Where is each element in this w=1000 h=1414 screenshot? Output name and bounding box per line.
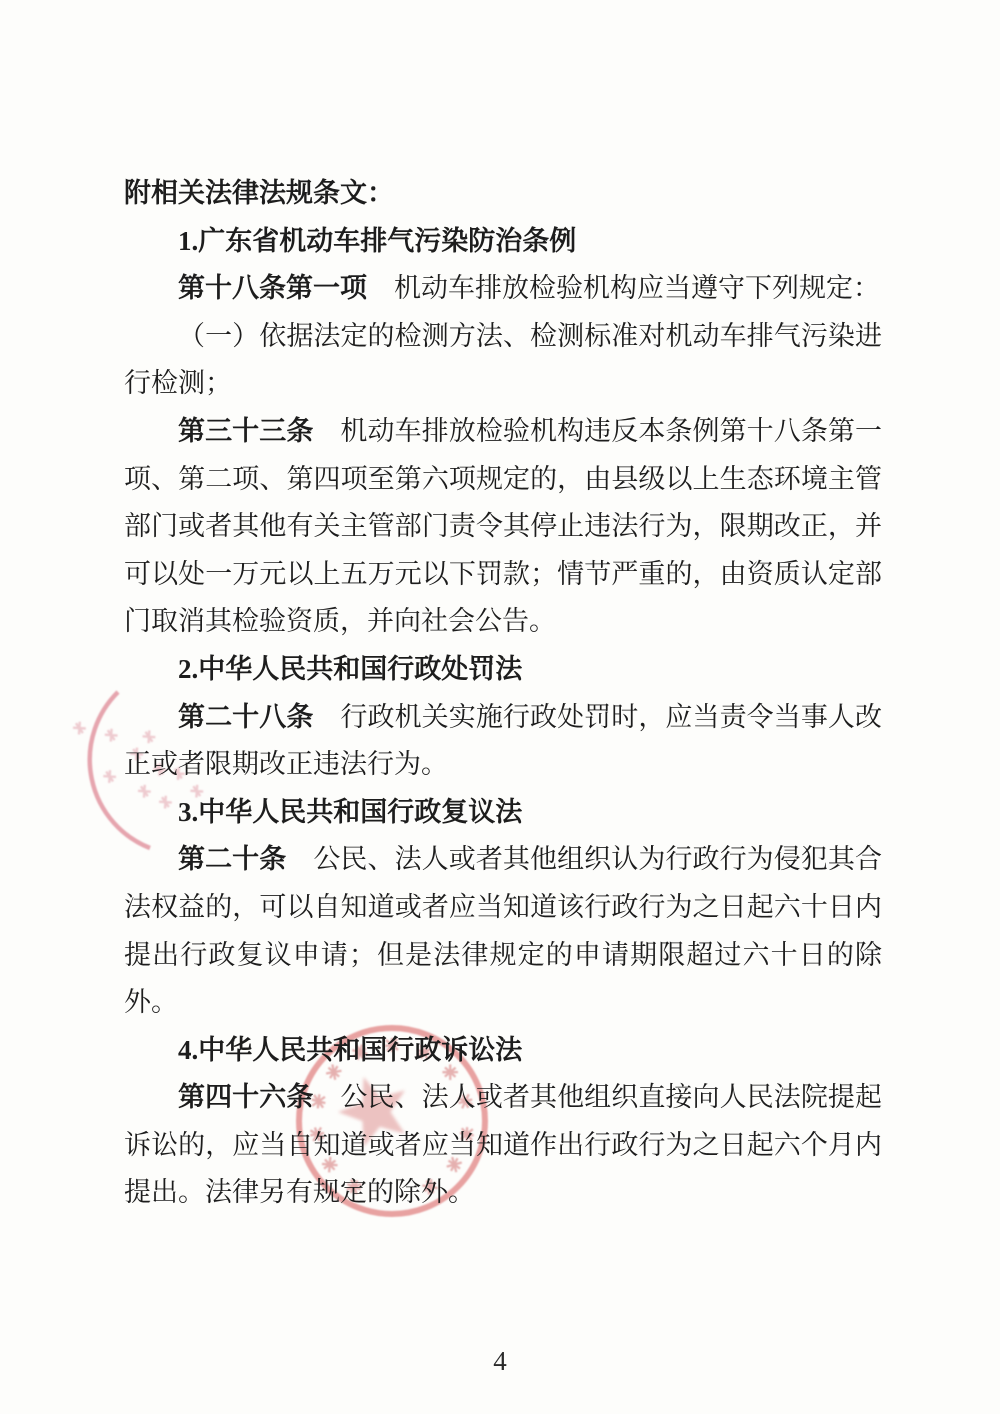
article-number: 第三十三条 [178, 416, 313, 446]
article-number: 第十八条第一项 [178, 273, 367, 303]
section-heading-1: 1.广东省机动车排气污染防治条例 [124, 218, 882, 266]
article-text: 机动车排放检验机构违反本条例第十八条第一项、第二项、第四项至第六项规定的，由县级… [124, 416, 882, 636]
section-heading-4: 4.中华人民共和国行政诉讼法 [124, 1027, 882, 1075]
article-paragraph: 第十八条第一项机动车排放检验机构应当遵守下列规定： [124, 265, 882, 313]
article-text: 机动车排放检验机构应当遵守下列规定： [394, 273, 880, 303]
body-paragraph: （一）依据法定的检测方法、检测标准对机动车排气污染进行检测； [124, 313, 882, 408]
document-page: 附相关法律法规条文： 1.广东省机动车排气污染防治条例 第十八条第一项机动车排放… [0, 0, 1000, 1414]
document-body: 附相关法律法规条文： 1.广东省机动车排气污染防治条例 第十八条第一项机动车排放… [124, 170, 882, 1217]
article-number: 第四十六条 [178, 1082, 313, 1112]
section-heading-3: 3.中华人民共和国行政复议法 [124, 789, 882, 837]
article-number: 第二十八条 [178, 702, 313, 732]
article-paragraph: 第四十六条公民、法人或者其他组织直接向人民法院提起诉讼的，应当自知道或者应当知道… [124, 1074, 882, 1217]
doc-title: 附相关法律法规条文： [124, 170, 882, 218]
article-paragraph: 第二十八条行政机关实施行政处罚时，应当责令当事人改正或者限期改正违法行为。 [124, 694, 882, 789]
article-paragraph: 第二十条公民、法人或者其他组织认为行政行为侵犯其合法权益的，可以自知道或者应当知… [124, 836, 882, 1026]
article-number: 第二十条 [178, 844, 286, 874]
page-number: 4 [0, 1346, 1000, 1377]
article-paragraph: 第三十三条机动车排放检验机构违反本条例第十八条第一项、第二项、第四项至第六项规定… [124, 408, 882, 646]
section-heading-2: 2.中华人民共和国行政处罚法 [124, 646, 882, 694]
